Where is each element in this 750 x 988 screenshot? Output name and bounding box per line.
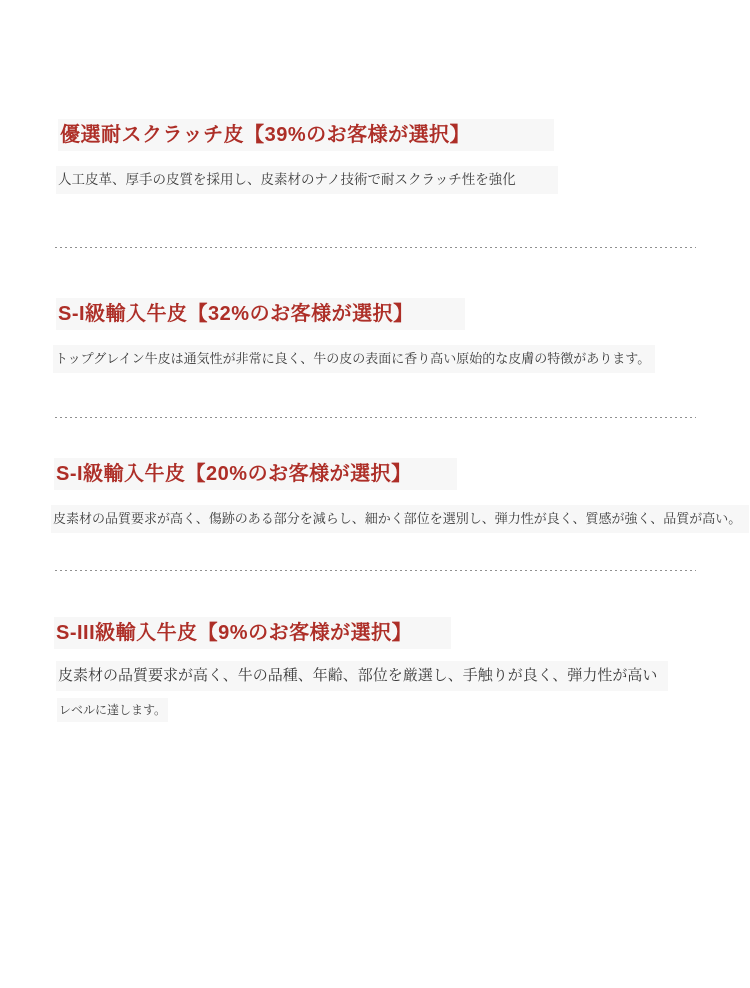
- dotted-divider: [55, 247, 696, 249]
- material-description-line: 皮素材の品質要求が高く、牛の品種、年齢、部位を厳選し、手触りが良く、弾力性が高い: [56, 661, 668, 691]
- material-description-line: トップグレイン牛皮は通気性が非常に良く、牛の皮の表面に香り高い原始的な皮膚の特徴…: [53, 345, 655, 373]
- leather-material-description-page: 優選耐スクラッチ皮【39%のお客様が選択】 人工皮革、厚手の皮質を採用し、皮素材…: [0, 0, 750, 988]
- material-heading: S-I級輸入牛皮【32%のお客様が選択】: [56, 298, 465, 330]
- dotted-divider: [55, 417, 696, 419]
- material-description-line: 皮素材の品質要求が高く、傷跡のある部分を減らし、細かく部位を選別し、弾力性が良く…: [51, 505, 749, 533]
- material-description-line: レベルに達します。: [57, 698, 168, 722]
- material-description-line: 人工皮革、厚手の皮質を採用し、皮素材のナノ技術で耐スクラッチ性を強化: [56, 166, 558, 194]
- material-heading: S-I級輸入牛皮【20%のお客様が選択】: [54, 458, 457, 490]
- material-heading: S-III級輸入牛皮【9%のお客様が選択】: [54, 617, 451, 649]
- dotted-divider: [55, 570, 696, 572]
- material-heading: 優選耐スクラッチ皮【39%のお客様が選択】: [58, 119, 554, 151]
